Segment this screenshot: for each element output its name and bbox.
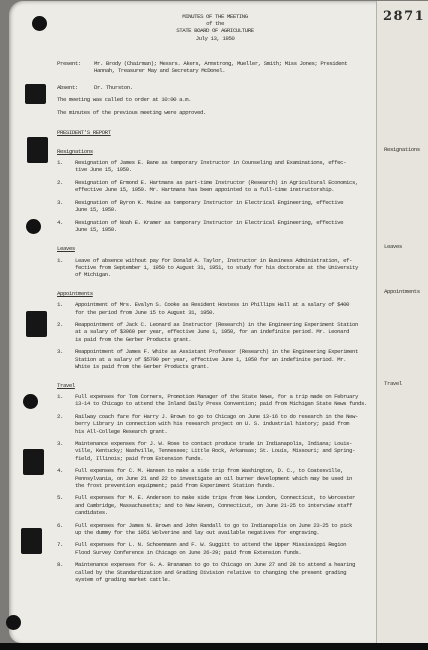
- title-line: of the: [57, 20, 373, 27]
- item-number: 2.: [57, 413, 75, 435]
- item-text: Resignation of James E. Bane as temporar…: [75, 159, 373, 173]
- item-text: Resignation of Ermond E. Hartmans as par…: [75, 179, 373, 193]
- item-number: 1.: [57, 159, 75, 173]
- punch-hole: [6, 615, 21, 630]
- item-text: Full expenses for Tom Corners, Promotion…: [75, 393, 373, 407]
- document-content: MINUTES OF THE MEETING of the STATE BOAR…: [57, 13, 373, 588]
- item-text: Full expenses for M. E. Anderson to make…: [75, 494, 373, 516]
- item-number: 8.: [57, 561, 75, 583]
- section-items: 1. Resignation of James E. Bane as tempo…: [57, 159, 373, 233]
- title-line: July 13, 1950: [57, 35, 373, 42]
- item-number: 6.: [57, 522, 75, 536]
- list-item: 4. Full expenses for C. M. Hansen to mak…: [57, 467, 373, 489]
- item-number: 3.: [57, 348, 75, 370]
- section-items: 1. Appointment of Mrs. Evalyn S. Cooke a…: [57, 301, 373, 370]
- absent-label: Absent:: [57, 84, 94, 91]
- section-heading: Travel: [57, 382, 75, 389]
- item-text: Resignation of Noah E. Kramer as tempora…: [75, 219, 373, 233]
- list-item: 3. Maintenance expenses for J. W. Rose t…: [57, 440, 373, 462]
- item-number: 7.: [57, 541, 75, 555]
- document-title: MINUTES OF THE MEETING of the STATE BOAR…: [57, 13, 373, 42]
- list-item: 7. Full expenses for L. N. Schoenmann an…: [57, 541, 373, 555]
- list-item: 8. Maintenance expenses for G. A. Branam…: [57, 561, 373, 583]
- right-margin-column: [377, 1, 428, 643]
- section-items: 1. Leave of absence without pay for Dona…: [57, 257, 373, 279]
- report-section: Travel Travel 1. Full expenses for Tom C…: [57, 382, 373, 583]
- list-item: 1. Leave of absence without pay for Dona…: [57, 257, 373, 279]
- report-section: Leaves Leaves 1. Leave of absence withou…: [57, 245, 373, 278]
- item-text: Leave of absence without pay for Donald …: [75, 257, 373, 279]
- item-number: 5.: [57, 494, 75, 516]
- punch-hole: [26, 219, 41, 234]
- list-item: 3. Resignation of Byron K. Maine as temp…: [57, 199, 373, 213]
- item-number: 4.: [57, 467, 75, 489]
- binder-clip-mark: [25, 84, 46, 104]
- page-number-stamp: 2871: [383, 9, 425, 24]
- report-heading: PRESIDENT'S REPORT: [57, 129, 111, 136]
- section-heading: Appointments: [57, 290, 93, 297]
- section-items: 1. Full expenses for Tom Corners, Promot…: [57, 393, 373, 583]
- punch-hole: [32, 16, 47, 31]
- item-number: 4.: [57, 219, 75, 233]
- item-number: 2.: [57, 321, 75, 343]
- margin-note: Resignations: [384, 146, 428, 153]
- item-number: 3.: [57, 440, 75, 462]
- list-item: 4. Resignation of Noah E. Kramer as temp…: [57, 219, 373, 233]
- present-row: Present: Mr. Brody (Chairman); Messrs. A…: [57, 60, 373, 74]
- section-heading: Resignations: [57, 148, 93, 155]
- report-heading-row: PRESIDENT'S REPORT: [57, 129, 373, 136]
- minutes-approved-line: The minutes of the previous meeting were…: [57, 109, 373, 116]
- item-number: 3.: [57, 199, 75, 213]
- list-item: 2. Railway coach fare for Harry J. Brown…: [57, 413, 373, 435]
- item-text: Maintenance expenses for J. W. Rose to c…: [75, 440, 373, 462]
- binder-clip-mark: [23, 449, 44, 475]
- title-line: STATE BOARD OF AGRICULTURE: [57, 27, 373, 34]
- punch-hole: [23, 394, 38, 409]
- present-names: Mr. Brody (Chairman); Messrs. Akers, Arm…: [94, 60, 373, 74]
- list-item: 2. Resignation of Ermond E. Hartmans as …: [57, 179, 373, 193]
- item-number: 2.: [57, 179, 75, 193]
- item-text: Railway coach fare for Harry J. Brown to…: [75, 413, 373, 435]
- item-text: Reappointment of Jack C. Leonard as Inst…: [75, 321, 373, 343]
- binder-clip-mark: [27, 137, 48, 163]
- item-text: Resignation of Byron K. Maine as tempora…: [75, 199, 373, 213]
- absent-row: Absent: Dr. Thurston.: [57, 84, 373, 91]
- item-text: Reappointment of James F. White as Assis…: [75, 348, 373, 370]
- report-section: Resignations Resignations 1. Resignation…: [57, 148, 373, 233]
- present-label: Present:: [57, 60, 94, 74]
- scanned-page: 2871 MINUTES OF THE MEETING of the STATE…: [0, 0, 428, 650]
- margin-note: Appointments: [384, 288, 428, 295]
- item-text: Full expenses for James N. Brown and Joh…: [75, 522, 373, 536]
- report-section: Appointments Appointments 1. Appointment…: [57, 290, 373, 370]
- list-item: 1. Full expenses for Tom Corners, Promot…: [57, 393, 373, 407]
- margin-note: Leaves: [384, 243, 428, 250]
- list-item: 1. Resignation of James E. Bane as tempo…: [57, 159, 373, 173]
- list-item: 1. Appointment of Mrs. Evalyn S. Cooke a…: [57, 301, 373, 315]
- called-to-order-line: The meeting was called to order at 10:00…: [57, 96, 373, 103]
- absent-names: Dr. Thurston.: [94, 84, 373, 91]
- item-number: 1.: [57, 301, 75, 315]
- margin-note: Travel: [384, 380, 428, 387]
- scan-bottom-edge: [0, 643, 428, 650]
- title-line: MINUTES OF THE MEETING: [57, 13, 373, 20]
- item-text: Full expenses for C. M. Hansen to make a…: [75, 467, 373, 489]
- report-sections: Resignations Resignations 1. Resignation…: [57, 148, 373, 583]
- fold-line: [376, 1, 377, 643]
- list-item: 6. Full expenses for James N. Brown and …: [57, 522, 373, 536]
- list-item: 5. Full expenses for M. E. Anderson to m…: [57, 494, 373, 516]
- item-text: Appointment of Mrs. Evalyn S. Cooke as R…: [75, 301, 373, 315]
- item-number: 1.: [57, 393, 75, 407]
- binder-clip-mark: [21, 528, 42, 554]
- list-item: 2. Reappointment of Jack C. Leonard as I…: [57, 321, 373, 343]
- binder-clip-mark: [26, 311, 47, 337]
- item-number: 1.: [57, 257, 75, 279]
- section-heading: Leaves: [57, 245, 75, 252]
- item-text: Full expenses for L. N. Schoenmann and F…: [75, 541, 373, 555]
- item-text: Maintenance expenses for G. A. Branaman …: [75, 561, 373, 583]
- list-item: 3. Reappointment of James F. White as As…: [57, 348, 373, 370]
